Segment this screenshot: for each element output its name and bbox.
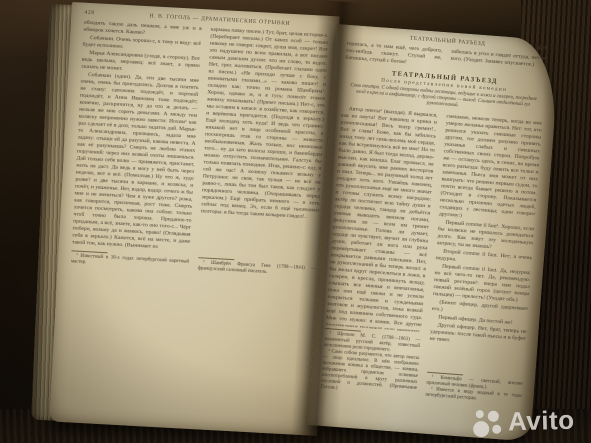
avito-logo-icon — [473, 407, 504, 438]
right-column-2-footnotes: ¹ Комильфо — светский, вполне приличный … — [425, 371, 523, 405]
text-paragraph: Собачкин (один). Да, эти две тысячи мне … — [72, 72, 199, 253]
right-column-1: Автор пиесы² (выходя). Я вырвался, как и… — [320, 105, 437, 397]
text-paragraph: Автор пиесы² (выходя). Я вырвался, как и… — [325, 105, 437, 332]
footnote: ² Само собою разумеется, что автор пиесы… — [320, 349, 419, 398]
right-head-spacer — [347, 35, 373, 37]
text-paragraph: кармана пачку писем.) Тут, брат, целая и… — [201, 27, 329, 222]
right-column-1-text: Автор пиесы² (выходя). Я вырвался, как и… — [325, 105, 437, 332]
footnote: ¹ Известный в 30-х годах петербургский к… — [71, 253, 189, 271]
prelude-column-1: терялась, а то нам ещё, чего доброго, чт… — [345, 41, 442, 70]
left-page-number: 428 — [84, 10, 110, 17]
right-page: ТЕАТРАЛЬНЫЙ РАЗЪЕЗД 429 терялась, а то н… — [307, 24, 561, 442]
book-photo: 428 Н. В. ГОГОЛЬ — ДРАМАТИЧЕСКИЕ ОТРЫВКИ… — [0, 0, 591, 443]
left-column-1-text: обходить такую даль пешком, а мне уж и в… — [72, 20, 202, 254]
right-page-columns: Автор пиесы² (выходя). Я вырвался, как и… — [320, 105, 542, 405]
left-column-1-footnotes: ¹ Известный в 30-х годах петербургский к… — [71, 250, 190, 271]
text-paragraph: смешкою, нежели теперь, когда во мне уме… — [439, 113, 543, 225]
avito-watermark: Avito — [473, 405, 575, 439]
prelude-column-2: забилась в угол и глядит оттуда, нет ли … — [450, 49, 547, 78]
right-column-2: смешкою, нежели теперь, когда во мне уме… — [425, 113, 542, 405]
left-page-columns: обходить такую даль пешком, а мне уж и в… — [71, 20, 329, 279]
left-column-1: обходить такую даль пешком, а мне уж и в… — [71, 20, 202, 272]
left-column-2: кармана пачку писем.) Тут, брат, целая и… — [198, 27, 329, 279]
left-page: 428 Н. В. ГОГОЛЬ — ДРАМАТИЧЕСКИЕ ОТРЫВКИ… — [49, 2, 339, 436]
right-column-2-text: смешкою, нежели теперь, когда во мне уме… — [427, 113, 542, 375]
text-paragraph: терялась, а то нам ещё, чего доброго, чт… — [345, 41, 442, 69]
left-column-2-text: кармана пачку писем.) Тут, брат, целая и… — [199, 27, 329, 261]
text-paragraph: забилась в угол и глядит оттуда, нет ли … — [450, 49, 547, 70]
text-paragraph: Первый comme il faut. Да, недурна; но вс… — [433, 263, 531, 305]
footnote: ¹ Шамбрён Франсуа Гене (1788—1844) — фра… — [198, 260, 316, 278]
left-column-2-footnotes: ¹ Шамбрён Франсуа Гене (1788—1844) — фра… — [198, 257, 317, 278]
right-page-number: 429 — [522, 44, 548, 52]
avito-watermark-text: Avito — [508, 405, 575, 438]
right-column-1-footnotes: ¹ Щепкин М. С. (1788—1863) — знаменитый … — [320, 328, 420, 398]
